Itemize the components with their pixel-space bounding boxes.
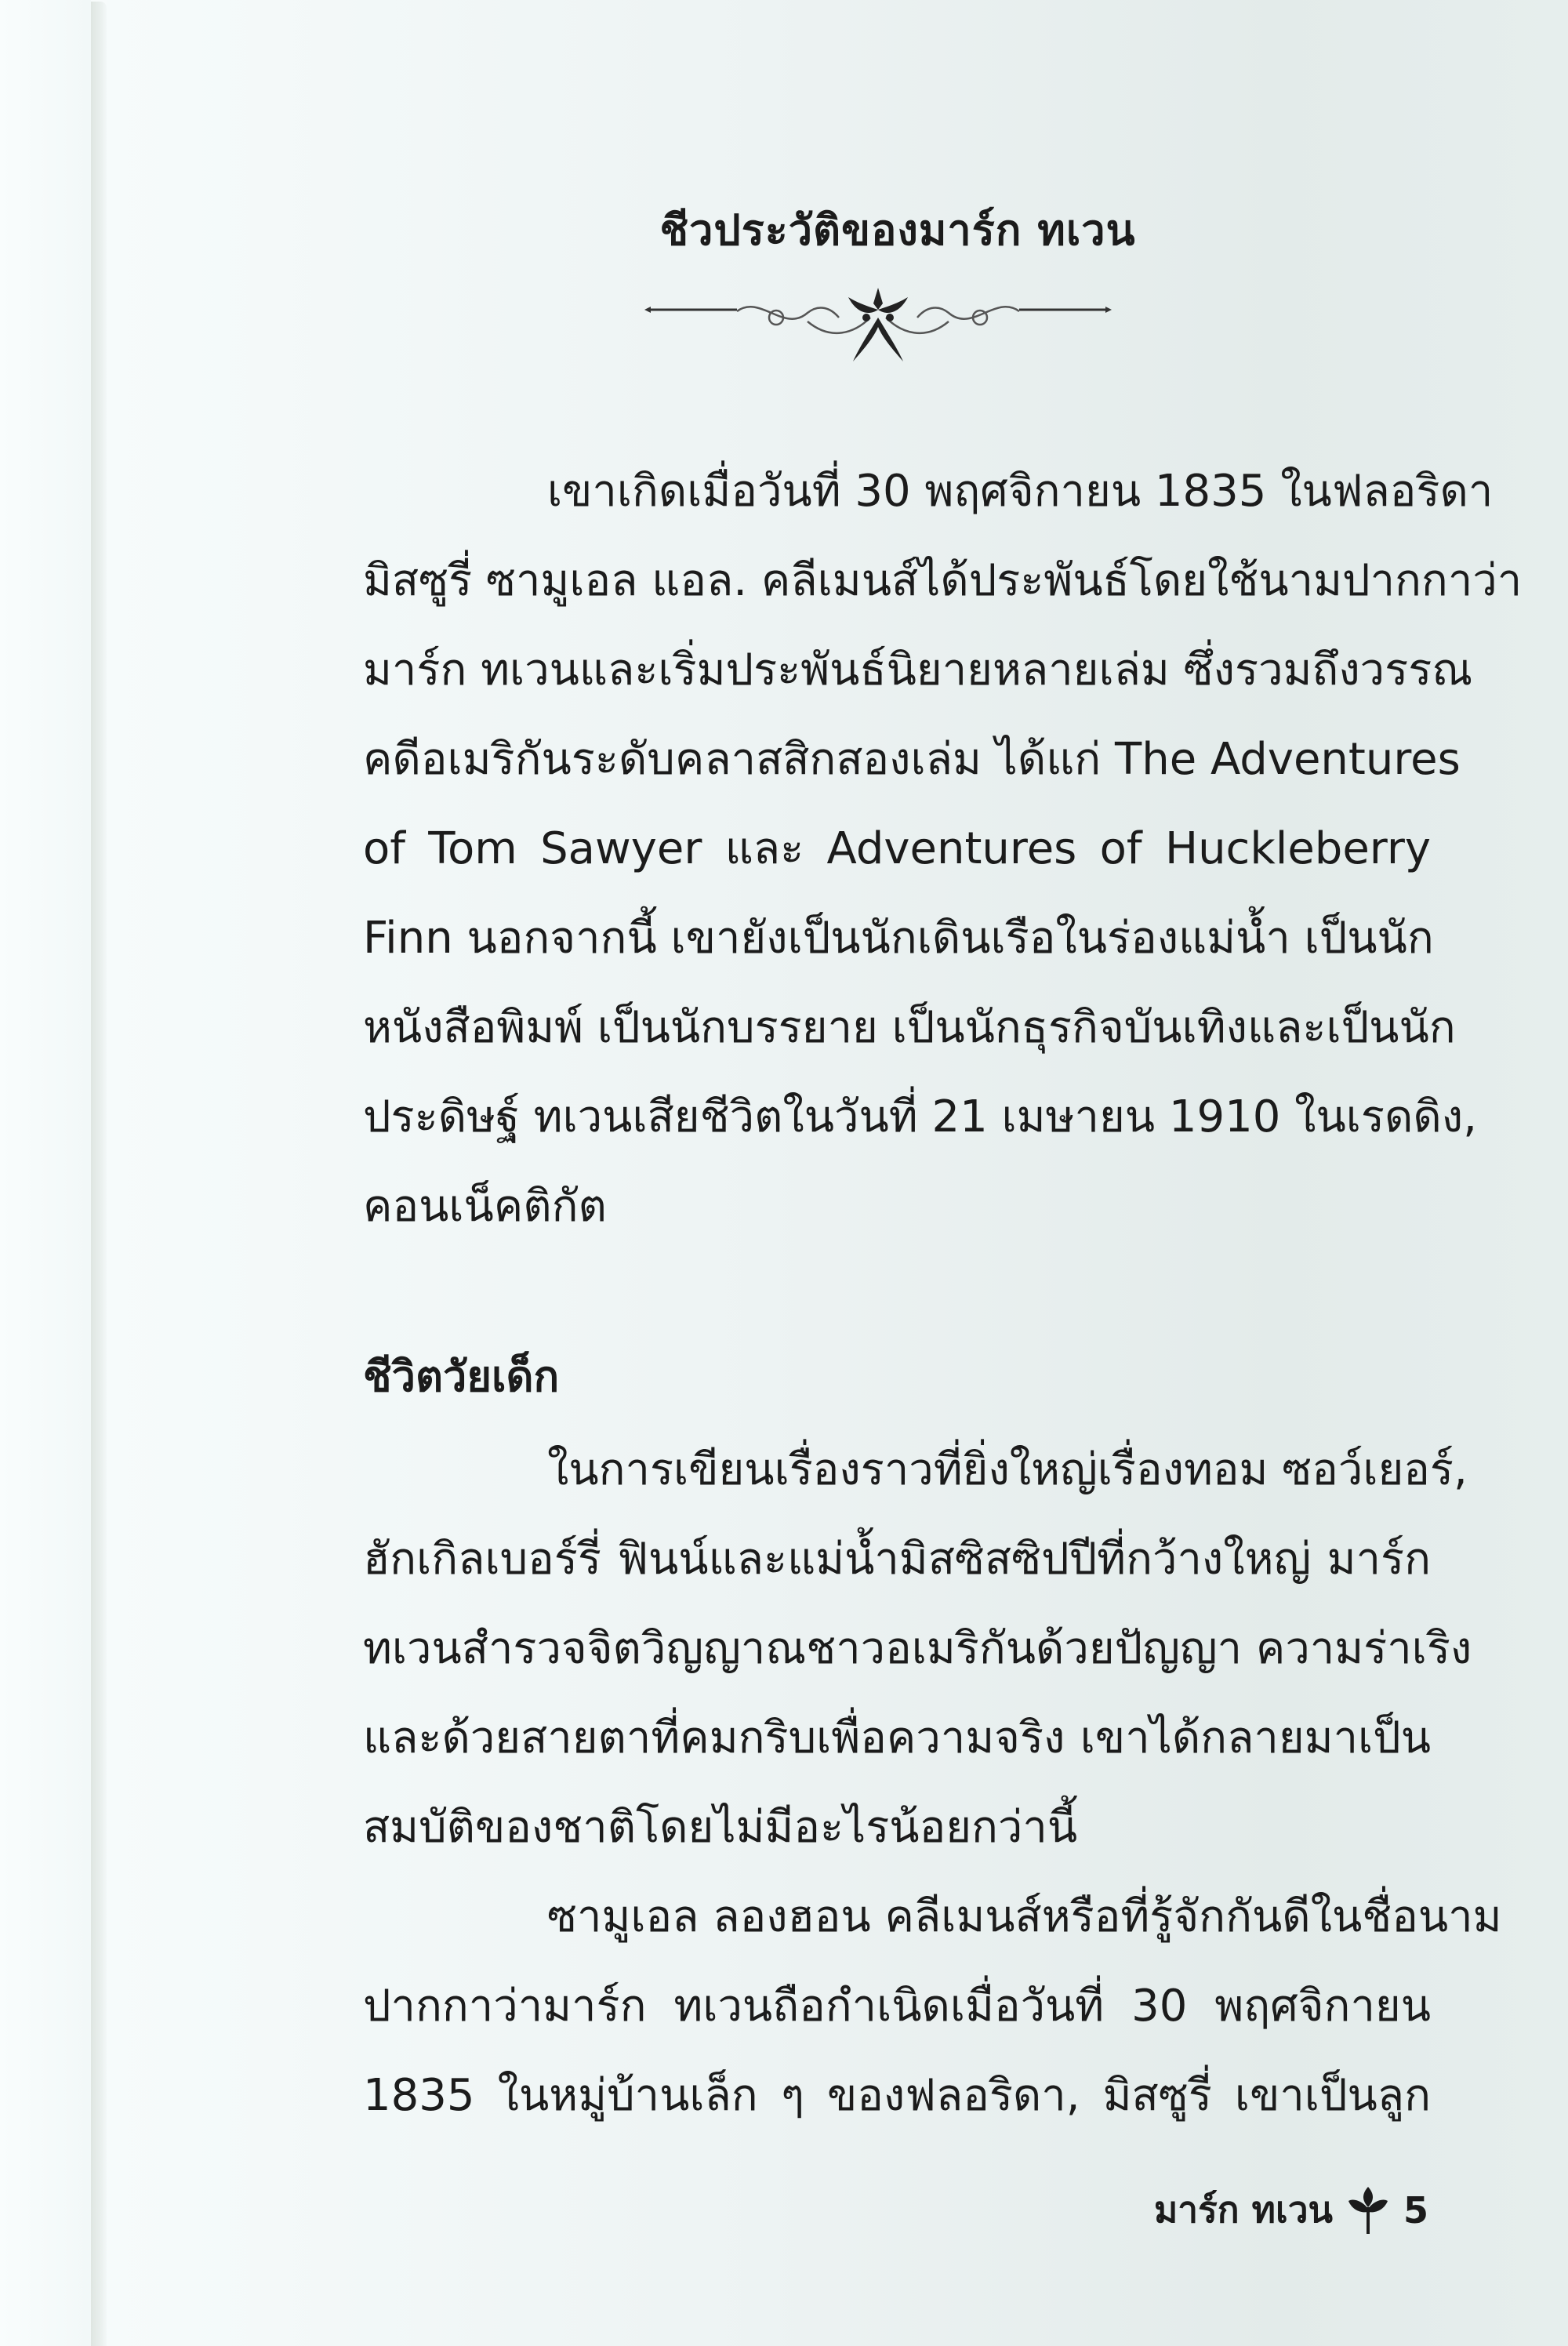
paragraph-line: ในการเขียนเรื่องราวที่ยิ่งใหญ่เรื่องทอม … [363,1425,1431,1515]
adjacent-page-edge [0,0,91,2346]
paragraph-line: และด้วยสายตาที่คมกริบเพื่อความจริง เขาได… [363,1694,1431,1783]
paragraph-line: 1835 ในหมู่บ้านเล็ก ๆ ของฟลอริดา, มิสซูร… [363,2051,1431,2141]
leaf-icon [1347,2185,1389,2235]
paragraph-line: ซามูเอล ลองฮอน คลีเมนส์หรือที่รู้จักกันด… [363,1872,1431,1962]
intro-paragraph: เขาเกิดเมื่อวันที่ 30 พฤศจิกายน 1835 ในฟ… [363,447,1431,1251]
paragraph-line: ประดิษฐ์ ทเวนเสียชีวิตในวันที่ 21 เมษายน… [363,1073,1431,1162]
section-heading: ชีวิตวัยเด็ก [363,1342,559,1410]
running-title: มาร์ก ทเวน [1154,2181,1333,2239]
childhood-paragraph-1: ในการเขียนเรื่องราวที่ยิ่งใหญ่เรื่องทอม … [363,1425,1431,1872]
paragraph-line: มิสซูรี่ ซามูเอล แอล. คลีเมนส์ได้ประพันธ… [363,536,1431,626]
childhood-paragraph-2: ซามูเอล ลองฮอน คลีเมนส์หรือที่รู้จักกันด… [363,1872,1431,2141]
paragraph-line: of Tom Sawyer และ Adventures of Hucklebe… [363,804,1431,894]
book-spine-edge [91,2,107,2346]
paragraph-line: ฮักเกิลเบอร์รี่ ฟินน์และแม่น้ำมิสซิสซิปป… [363,1515,1431,1604]
paragraph-line: คอนเน็คติกัต [363,1162,1431,1251]
paragraph-line: หนังสือพิมพ์ เป็นนักบรรยาย เป็นนักธุรกิจ… [363,983,1431,1073]
flourish-divider-icon [643,286,1113,365]
paragraph-line: คดีอเมริกันระดับคลาสสิกสองเล่ม ได้แก่ Th… [363,715,1431,804]
page-footer: มาร์ก ทเวน 5 [1154,2181,1428,2239]
page-title: ชีวประวัติของมาร์ก ทเวน [0,196,1568,263]
paragraph-line: Finn นอกจากนี้ เขายังเป็นนักเดินเรือในร่… [363,894,1431,983]
page-number: 5 [1403,2189,1428,2232]
paragraph-line: มาร์ก ทเวนและเริ่มประพันธ์นิยายหลายเล่ม … [363,626,1431,715]
paragraph-line: ทเวนสำรวจจิตวิญญาณชาวอเมริกันด้วยปัญญา ค… [363,1604,1431,1694]
paragraph-line: ปากกาว่ามาร์ก ทเวนถือกำเนิดเมื่อวันที่ 3… [363,1962,1431,2051]
paragraph-line: เขาเกิดเมื่อวันที่ 30 พฤศจิกายน 1835 ในฟ… [363,447,1431,536]
paragraph-line: สมบัติของชาติโดยไม่มีอะไรน้อยกว่านี้ [363,1783,1431,1872]
